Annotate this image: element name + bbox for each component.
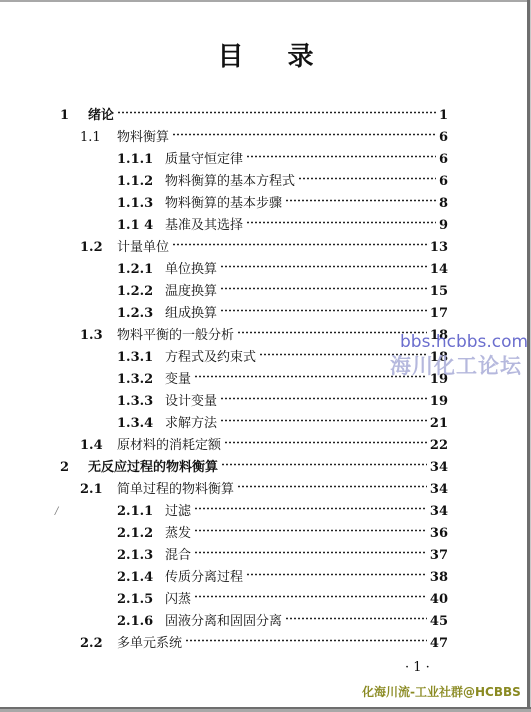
dot-leader (220, 407, 427, 427)
dot-leader (220, 275, 427, 295)
toc-entry: 1.1.3物料衡算的基本步骤8 (117, 187, 448, 207)
toc-entry-page: 47 (430, 634, 448, 654)
toc-entry-number: 1.3 (80, 326, 117, 346)
toc-entry-number: 1.2 (80, 238, 117, 258)
watermark-forum-name: 海川化工论坛 (390, 350, 522, 380)
toc-entry: 2.1.4传质分离过程38 (117, 561, 448, 581)
dot-leader (117, 99, 436, 119)
dot-leader (237, 473, 427, 493)
title-char-1: 目 (217, 36, 243, 73)
toc-entry: 1.3.3设计变量19 (117, 385, 448, 405)
toc-entry: 1.2.3组成换算17 (117, 297, 448, 317)
dot-leader (185, 627, 427, 647)
toc-entry: 2.1简单过程的物料衡算34 (80, 473, 448, 493)
toc-entry: 2.1.1过滤34 (117, 495, 448, 515)
dot-leader (220, 297, 427, 317)
dot-leader (194, 517, 427, 537)
toc-entry: 1.2计量单位13 (80, 231, 448, 251)
toc-entry: 2.2多单元系统47 (80, 627, 448, 647)
dot-leader (220, 253, 427, 273)
toc-entry: 1.1物料衡算6 (80, 121, 448, 141)
title-char-2: 录 (288, 36, 314, 73)
dot-leader (224, 429, 427, 449)
toc-entry: 1.2.1单位换算14 (117, 253, 448, 273)
toc-entry: 1.1.2物料衡算的基本方程式6 (117, 165, 448, 185)
toc-entry: 1.4原材料的消耗定额22 (80, 429, 448, 449)
dot-leader (237, 319, 427, 339)
toc-entry: 2.1.5闪蒸40 (117, 583, 448, 603)
page-top-border (0, 0, 531, 2)
footer-watermark: 化海川流-工业社群@HCBBS (362, 683, 521, 700)
toc-entry: 2无反应过程的物料衡算34 (60, 451, 448, 471)
dot-leader (172, 121, 436, 141)
page-title: 目录 (0, 36, 531, 73)
toc-entry: 2.1.2蒸发36 (117, 517, 448, 537)
dot-leader (285, 605, 427, 625)
dot-leader (194, 495, 427, 515)
toc-entry: 1.2.2温度换算15 (117, 275, 448, 295)
dot-leader (298, 165, 436, 185)
toc-entry: 1.3.4求解方法21 (117, 407, 448, 427)
toc-entry-number: 1.1 (80, 128, 117, 148)
toc-entry: 1绪论1 (60, 99, 448, 119)
toc-entry-number: 2.1 (80, 480, 117, 500)
margin-mark: / (55, 506, 58, 517)
toc-entry-number: 2.2 (80, 634, 117, 654)
dot-leader (194, 583, 427, 603)
toc-entry: 2.1.6固液分离和固固分离45 (117, 605, 448, 625)
dot-leader (246, 561, 427, 581)
toc-entry: 1.1.1质量守恒定律6 (117, 143, 448, 163)
dot-leader (220, 385, 427, 405)
dot-leader (285, 187, 436, 207)
dot-leader (221, 451, 427, 471)
toc-entry: 2.1.3混合37 (117, 539, 448, 559)
toc-entry-title: 多单元系统 (117, 634, 182, 654)
watermark-url: bbs.hcbbs.com (400, 332, 528, 352)
toc-entry: 1.1 4基准及其选择9 (117, 209, 448, 229)
toc-entry: 1.3物料平衡的一般分析18 (80, 319, 448, 339)
dot-leader (172, 231, 427, 251)
dot-leader (246, 143, 436, 163)
dot-leader (246, 209, 436, 229)
page-number: · 1 · (405, 660, 430, 675)
dot-leader (194, 539, 427, 559)
